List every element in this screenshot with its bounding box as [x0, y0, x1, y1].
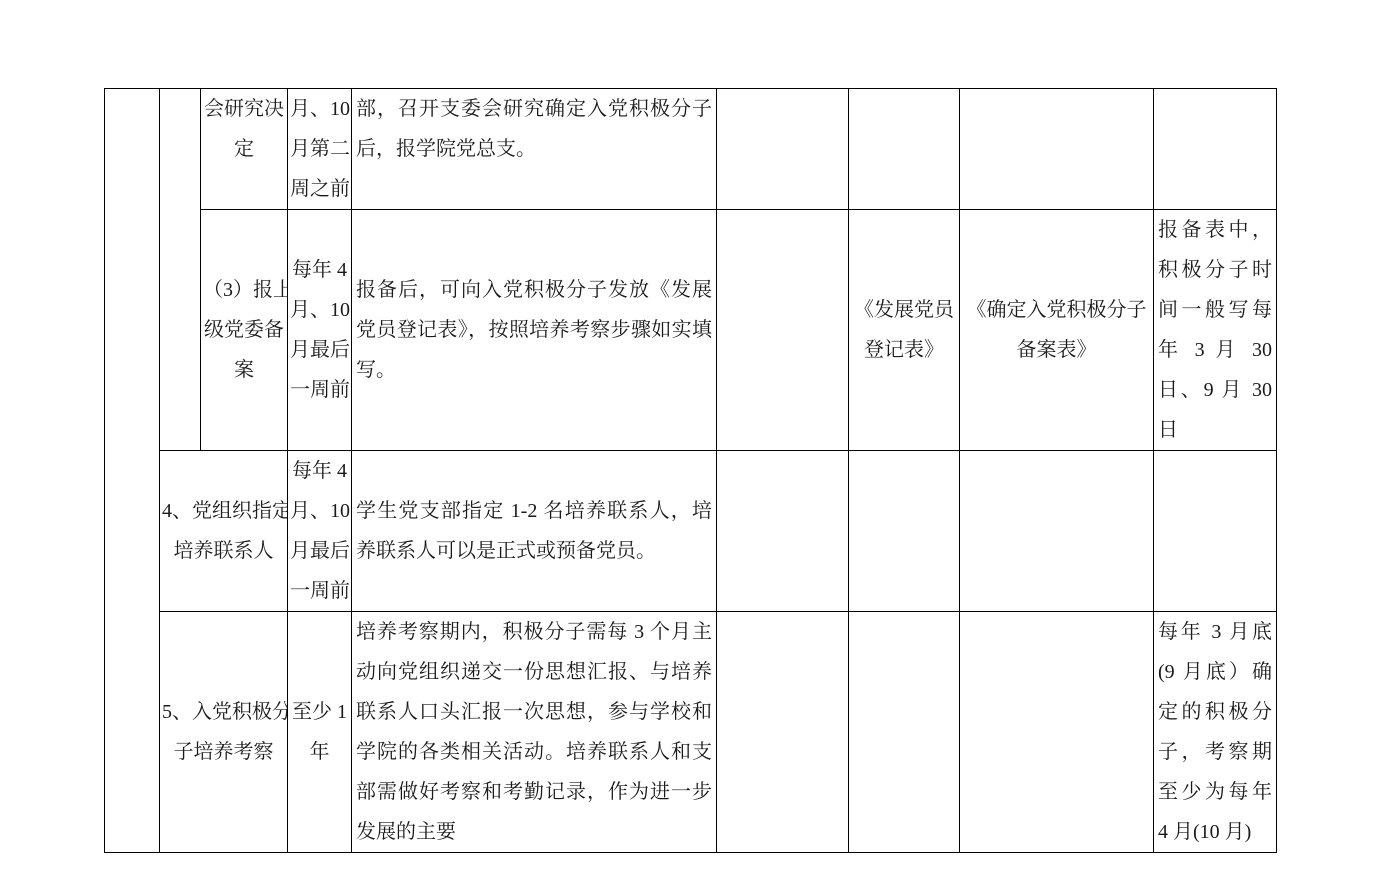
cell-time-step5: 至少 1 年: [288, 612, 352, 853]
table-row-committee-decision: 会研究决 定 月、10 月第二 周之前 部，召开支委会研究确定入党积极分子后，报…: [105, 89, 1277, 210]
empty-cell: [1154, 89, 1277, 210]
cell-time-report-filing: 每年 4 月、10 月最后 一周前: [288, 210, 352, 451]
cell-desc-step5: 培养考察期内，积极分子需每 3 个月主动向党组织递交一份思想汇报、与培养联系人口…: [352, 612, 717, 853]
empty-cell: [717, 451, 849, 612]
empty-cell-step-number-column: [160, 89, 201, 451]
empty-cell: [717, 612, 849, 853]
cell-form-development-registration: 《发展党员 登记表》: [849, 210, 960, 451]
empty-cell: [960, 612, 1154, 853]
cell-time-committee-decision: 月、10 月第二 周之前: [288, 89, 352, 210]
cell-substep-committee-decision-label: 会研究决 定: [201, 89, 288, 210]
empty-cell: [717, 89, 849, 210]
cell-time-step4: 每年 4 月、10 月最后 一周前: [288, 451, 352, 612]
procedure-table: 会研究决 定 月、10 月第二 周之前 部，召开支委会研究确定入党积极分子后，报…: [104, 88, 1277, 853]
table-row-cultivation-review: 5、入党积极分 子培养考察 至少 1 年 培养考察期内，积极分子需每 3 个月主…: [105, 612, 1277, 853]
cell-note-filing-dates: 报备表中，积极分子时间一般写每年 3 月 30 日、9 月 30 日: [1154, 210, 1277, 451]
empty-cell: [849, 612, 960, 853]
cell-desc-step4: 学生党支部指定 1-2 名培养联系人，培养联系人可以是正式或预备党员。: [352, 451, 717, 612]
cell-step5-label: 5、入党积极分 子培养考察: [160, 612, 288, 853]
empty-cell: [849, 89, 960, 210]
cell-note-step5-dates: 每年 3 月底(9 月底）确定的积极分子，考察期至少为每年 4 月(10 月): [1154, 612, 1277, 853]
table-row-report-filing: （3）报上 级党委备 案 每年 4 月、10 月最后 一周前 报备后，可向入党积…: [105, 210, 1277, 451]
table-row-assign-contact-person: 4、党组织指定 培养联系人 每年 4 月、10 月最后 一周前 学生党支部指定 …: [105, 451, 1277, 612]
empty-cell: [717, 210, 849, 451]
cell-desc-report-filing: 报备后，可向入党积极分子发放《发展党员登记表》，按照培养考察步骤如实填写。: [352, 210, 717, 451]
cell-substep-report-filing-label: （3）报上 级党委备 案: [201, 210, 288, 451]
cell-step4-label: 4、党组织指定 培养联系人: [160, 451, 288, 612]
empty-cell-left-margin-column: [105, 89, 160, 853]
empty-cell: [960, 451, 1154, 612]
cell-desc-committee-decision: 部，召开支委会研究确定入党积极分子后，报学院党总支。: [352, 89, 717, 210]
empty-cell: [1154, 451, 1277, 612]
cell-form-activist-record: 《确定入党积极分子 备案表》: [960, 210, 1154, 451]
empty-cell: [849, 451, 960, 612]
empty-cell: [960, 89, 1154, 210]
